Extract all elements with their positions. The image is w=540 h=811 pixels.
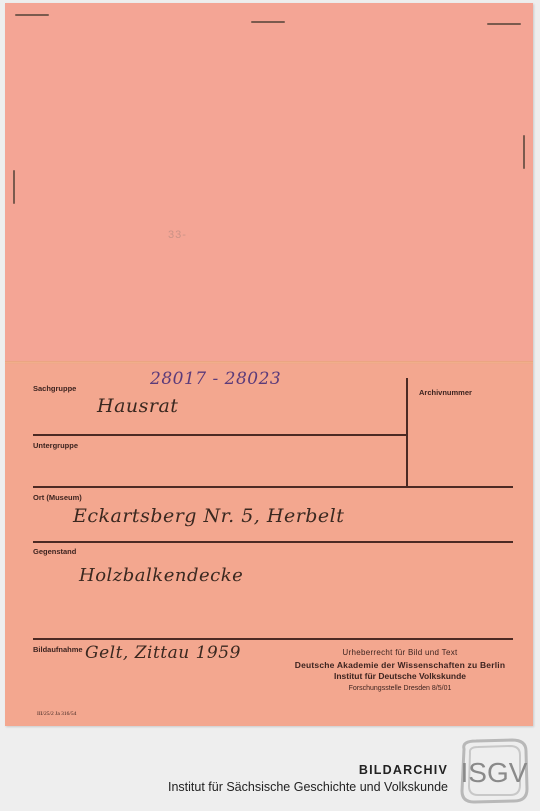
staple-icon: [15, 14, 49, 16]
divider: [33, 541, 513, 543]
bildaufnahme-label: Bildaufnahme: [33, 645, 83, 654]
faint-pencil-mark: 33-: [168, 229, 187, 241]
sachgruppe-label: Sachgruppe: [33, 384, 76, 393]
staple-icon: [523, 135, 525, 169]
footer-title: BILDARCHIV: [359, 763, 448, 777]
copyright-line: Urheberrecht für Bild und Text: [270, 648, 530, 657]
sachgruppe-value: Hausrat: [97, 395, 178, 417]
institution-name: Deutsche Akademie der Wissenschaften zu …: [270, 660, 530, 670]
range-number: 28017 - 28023: [150, 369, 281, 389]
untergruppe-label: Untergruppe: [33, 441, 78, 450]
staple-icon: [251, 21, 285, 23]
archivnummer-label: Archivnummer: [419, 388, 472, 397]
footer-subtitle: Institut für Sächsische Geschichte und V…: [168, 780, 448, 794]
gegenstand-value: Holzbalkendecke: [79, 565, 243, 586]
archive-card: 33- Sachgruppe 28017 - 28023 Hausrat Arc…: [5, 3, 533, 726]
divider: [33, 434, 407, 436]
print-code: III/25/2 Ja 316/54: [37, 711, 76, 717]
staple-icon: [487, 23, 521, 25]
logo-text: ISGV: [461, 757, 528, 788]
isgv-logo-icon: ISGV: [456, 737, 532, 805]
copyright-block: Urheberrecht für Bild und Text Deutsche …: [270, 648, 530, 692]
ort-label: Ort (Museum): [33, 493, 82, 502]
ort-value: Eckartsberg Nr. 5, Herbelt: [73, 505, 344, 527]
archivnummer-divider: [406, 378, 408, 486]
divider: [33, 638, 513, 640]
institute-name: Institut für Deutsche Volkskunde: [270, 671, 530, 681]
research-office: Forschungsstelle Dresden 8/5/01: [270, 685, 530, 692]
gegenstand-label: Gegenstand: [33, 547, 76, 556]
bildaufnahme-value: Gelt, Zittau 1959: [85, 643, 241, 663]
staple-icon: [13, 170, 15, 204]
card-top-flap: [5, 3, 533, 361]
divider: [33, 486, 513, 488]
